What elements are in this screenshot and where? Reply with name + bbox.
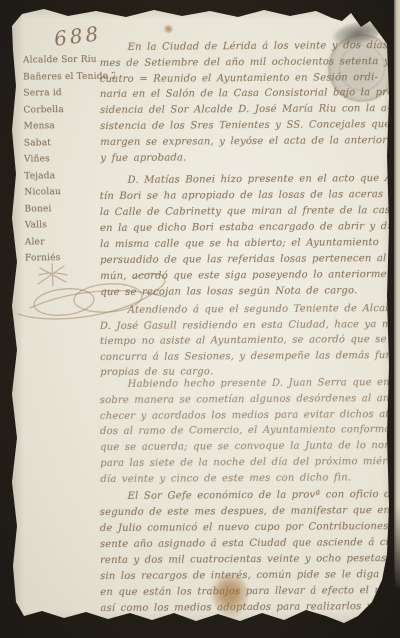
paragraph-opening: En la Ciudad de Lérida á los veinte y do… (100, 38, 400, 166)
paragraph-losas: D. Matías Bonei hizo presente en el acto… (100, 171, 400, 301)
folio-number: 688 (53, 21, 103, 51)
ink-dot-mark (163, 24, 174, 35)
adjacent-page-edge (394, 0, 400, 588)
paragraph-gefe-economico: El Sor Gefe económico de la provª con of… (100, 487, 400, 617)
paragraph-teniente: Atendiendo á que el segundo Teniente de … (100, 301, 400, 381)
scanned-manuscript-photo: 688 Alcalde Sor Riu Bañeres el Tenide 2º… (0, 0, 400, 638)
paragraph-serra: Habiendo hecho presente D. Juan Serra qu… (100, 375, 400, 488)
manuscript-page: 688 Alcalde Sor Riu Bañeres el Tenide 2º… (10, 6, 394, 632)
